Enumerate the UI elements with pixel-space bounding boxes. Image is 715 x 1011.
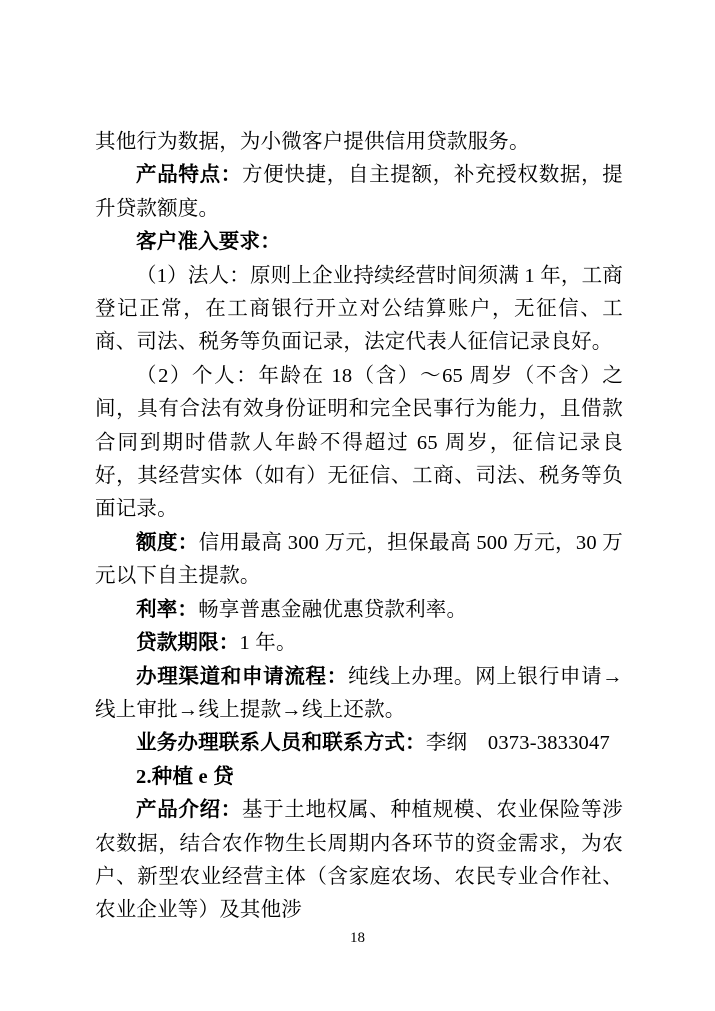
field-label: 产品介绍： <box>136 799 242 821</box>
paragraph-contact: 业务办理联系人员和联系方式：李纲 0373-3833047 <box>95 727 623 760</box>
body-text: 畅享普惠金融优惠贷款利率。 <box>198 599 467 621</box>
field-label: 利率： <box>136 599 198 621</box>
field-label: 业务办理联系人员和联系方式： <box>136 732 426 754</box>
paragraph-individual: （2）个人：年龄在 18（含）～65 周岁（不含）之间，具有合法有效身份证明和完… <box>95 360 623 527</box>
document-body: 其他行为数据，为小微客户提供信用贷款服务。 产品特点：方便快捷，自主提额，补充授… <box>95 126 623 928</box>
body-text: 1 年。 <box>240 632 297 654</box>
section-title: 2.种植 e 贷 <box>136 766 234 788</box>
paragraph-interest-rate: 利率：畅享普惠金融优惠贷款利率。 <box>95 594 623 627</box>
paragraph-product-2-title: 2.种植 e 贷 <box>95 761 623 794</box>
paragraph-legal-person: （1）法人：原则上企业持续经营时间须满 1 年，工商登记正常，在工商银行开立对公… <box>95 260 623 360</box>
paragraph-loan-term: 贷款期限：1 年。 <box>95 627 623 660</box>
paragraph-product-2-intro: 产品介绍：基于土地权属、种植规模、农业保险等涉农数据，结合农作物生长周期内各环节… <box>95 794 623 928</box>
field-label: 产品特点： <box>136 164 242 186</box>
paragraph-application-process: 办理渠道和申请流程：纯线上办理。网上银行申请→线上审批→线上提款→线上还款。 <box>95 661 623 728</box>
body-text: （2）个人：年龄在 18（含）～65 周岁（不含）之间，具有合法有效身份证明和完… <box>95 365 623 521</box>
field-label: 客户准入要求： <box>136 231 281 253</box>
page-number: 18 <box>0 929 715 947</box>
body-text: 其他行为数据，为小微客户提供信用贷款服务。 <box>95 131 530 153</box>
body-text: （1）法人：原则上企业持续经营时间须满 1 年，工商登记正常，在工商银行开立对公… <box>95 265 623 354</box>
paragraph-product-features: 产品特点：方便快捷，自主提额，补充授权数据，提升贷款额度。 <box>95 159 623 226</box>
document-page: 其他行为数据，为小微客户提供信用贷款服务。 产品特点：方便快捷，自主提额，补充授… <box>0 0 715 1011</box>
field-label: 贷款期限： <box>136 632 240 654</box>
body-text: 李纲 0373-3833047 <box>426 732 610 754</box>
paragraph-customer-access-heading: 客户准入要求： <box>95 226 623 259</box>
field-label: 办理渠道和申请流程： <box>136 666 348 688</box>
paragraph-credit-limit: 额度：信用最高 300 万元，担保最高 500 万元，30 万元以下自主提款。 <box>95 527 623 594</box>
field-label: 额度： <box>136 532 199 554</box>
paragraph-continuation: 其他行为数据，为小微客户提供信用贷款服务。 <box>95 126 623 159</box>
